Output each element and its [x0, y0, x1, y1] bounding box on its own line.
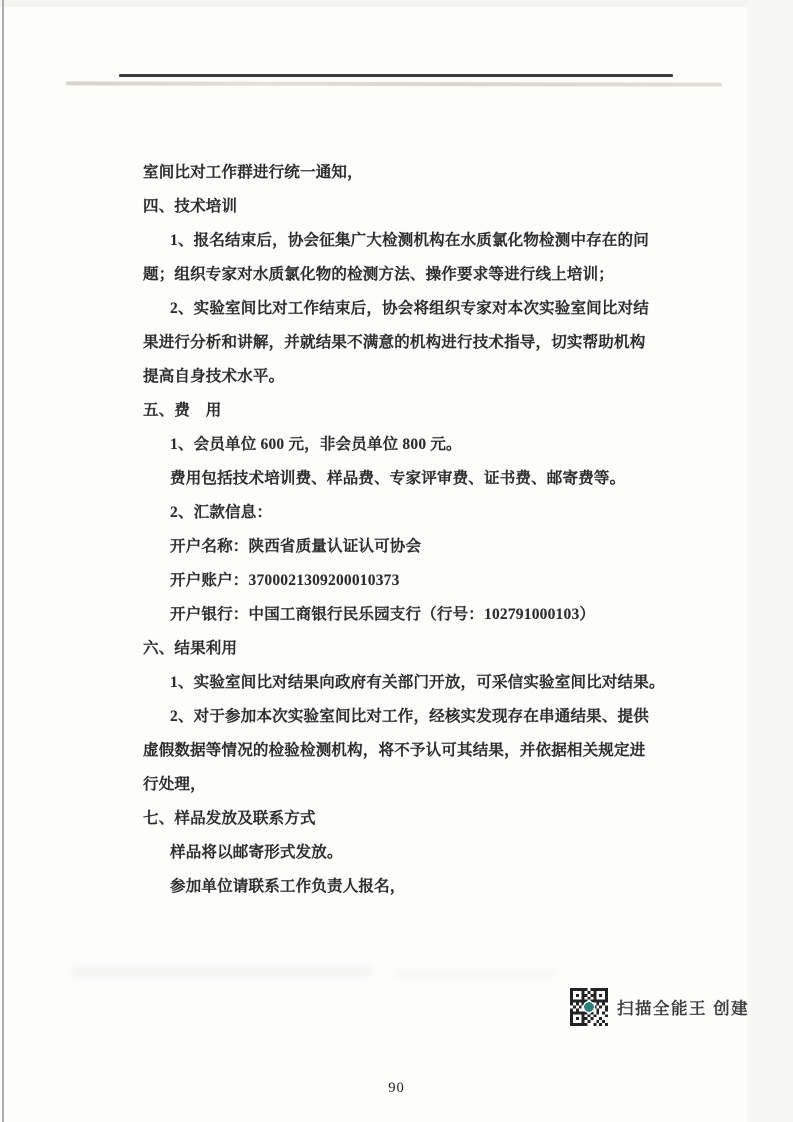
- text-line: 五、费 用: [0, 394, 793, 428]
- text-line: 七、样品发放及联系方式: [0, 802, 793, 836]
- text-line: 果进行分析和讲解，并就结果不满意的机构进行技术指导，切实帮助机构: [0, 326, 793, 360]
- text-line: 室间比对工作群进行统一通知，: [0, 156, 793, 190]
- text-line: 四、技术培训: [0, 190, 793, 224]
- text-line: 样品将以邮寄形式发放。: [0, 836, 793, 870]
- text-line: 1、实验室间比对结果向政府有关部门开放，可采信实验室间比对结果。: [0, 666, 793, 700]
- header-rule: [119, 74, 673, 77]
- text-line: 1、报名结束后，协会征集广大检测机构在水质氯化物检测中存在的问: [0, 224, 793, 258]
- text-line: 2、实验室间比对工作结束后，协会将组织专家对本次实验室间比对结: [0, 292, 793, 326]
- text-line: 1、会员单位 600 元，非会员单位 800 元。: [0, 428, 793, 462]
- text-line: 行处理，: [0, 768, 793, 802]
- document-body: 室间比对工作群进行统一通知，四、技术培训1、报名结束后，协会征集广大检测机构在水…: [0, 156, 793, 904]
- text-line: 参加单位请联系工作负责人报名，: [0, 870, 793, 904]
- scan-smudge: [395, 969, 555, 978]
- text-line: 提高自身技术水平。: [0, 360, 793, 394]
- text-line: 题；组织专家对水质氯化物的检测方法、操作要求等进行线上培训；: [0, 258, 793, 292]
- text-line: 2、汇款信息：: [0, 496, 793, 530]
- scanned-page: 室间比对工作群进行统一通知，四、技术培训1、报名结束后，协会征集广大检测机构在水…: [0, 0, 793, 1122]
- text-line: 费用包括技术培训费、样品费、专家评审费、证书费、邮寄费等。: [0, 462, 793, 496]
- page-number: 90: [0, 1080, 793, 1097]
- text-line: 六、结果利用: [0, 632, 793, 666]
- scan-artifact-line: [66, 81, 722, 86]
- text-line: 开户账户：3700021309200010373: [0, 564, 793, 598]
- scanner-caption: 扫描全能王 创建: [617, 995, 749, 1019]
- scan-smudge: [72, 966, 372, 978]
- text-line: 2、对于参加本次实验室间比对工作，经核实发现存在串通结果、提供: [0, 700, 793, 734]
- scanner-stamp: 扫描全能王 创建: [570, 988, 749, 1026]
- qr-code-icon: [570, 988, 608, 1026]
- text-line: 开户名称：陕西省质量认证认可协会: [0, 530, 793, 564]
- text-line: 虚假数据等情况的检验检测机构，将不予认可其结果，并依据相关规定进: [0, 734, 793, 768]
- scan-top-margin: [0, 0, 793, 7]
- text-line: 开户银行：中国工商银行民乐园支行（行号：102791000103）: [0, 598, 793, 632]
